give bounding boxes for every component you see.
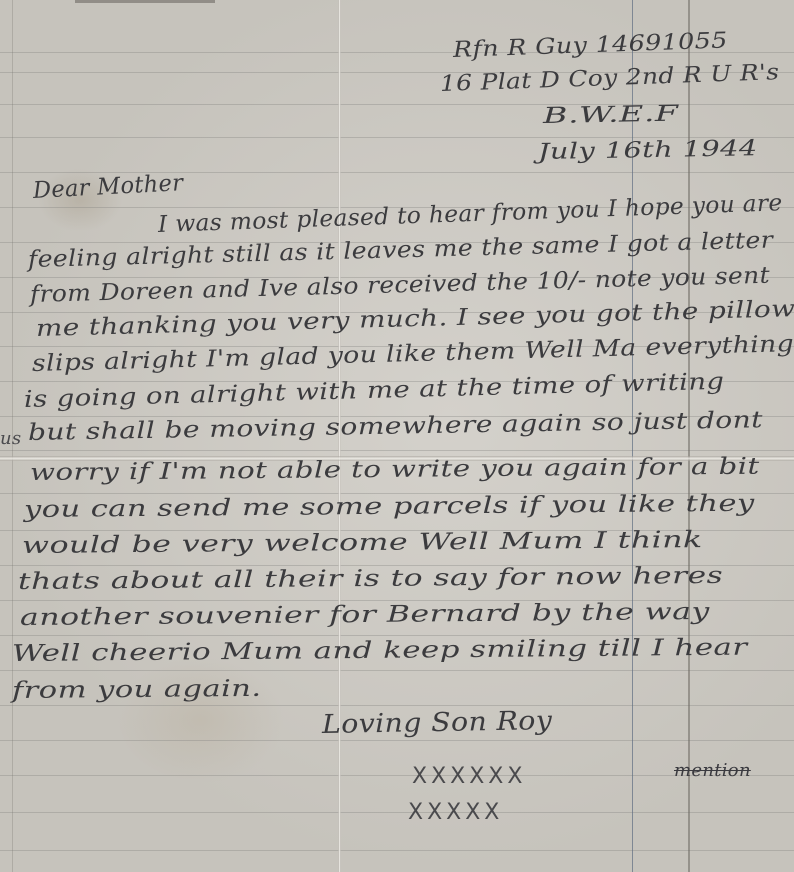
body-line-8: worry if I'm not able to write you again…	[30, 454, 760, 486]
address-line-3: B.W.E.F	[543, 102, 679, 129]
body-line-10: would be very welcome Well Mum I think	[22, 527, 703, 559]
kisses-row-1: XXXXXX	[412, 764, 526, 789]
body-line-14: from you again.	[12, 676, 262, 704]
letter-date: July 16th 1944	[538, 136, 758, 165]
struck-out-word: mention	[674, 760, 751, 781]
ruled-line	[0, 850, 794, 851]
salutation: Dear Mother	[32, 170, 184, 204]
right-fold-crease	[688, 0, 690, 872]
closing-signature: Loving Son Roy	[322, 706, 553, 740]
body-line-9: you can send me some parcels if you like…	[24, 491, 755, 523]
body-line-6: is going on alright with me at the time …	[24, 369, 725, 413]
ruled-line	[0, 705, 794, 706]
address-line-2: 16 Plat D Coy 2nd R U R's	[440, 60, 780, 97]
address-line-1: Rfn R Guy 14691055	[453, 28, 729, 63]
ruled-line	[0, 740, 794, 741]
body-line-7: but shall be moving somewhere again so j…	[28, 407, 763, 446]
letter-page: Rfn R Guy 14691055 16 Plat D Coy 2nd R U…	[0, 0, 794, 872]
ruled-line	[0, 812, 794, 813]
ruled-margin-line	[632, 0, 633, 872]
paper-edge-shadow	[75, 0, 215, 3]
left-margin-fragment: us	[0, 428, 21, 449]
ruled-line	[0, 450, 794, 451]
body-line-11: thats about all their is to say for now …	[18, 563, 723, 595]
ruled-line	[0, 670, 794, 671]
body-line-13: Well cheerio Mum and keep smiling till I…	[12, 635, 748, 667]
kisses-row-2: XXXXX	[408, 800, 503, 825]
body-line-12: another souvenier for Bernard by the way	[20, 599, 710, 631]
